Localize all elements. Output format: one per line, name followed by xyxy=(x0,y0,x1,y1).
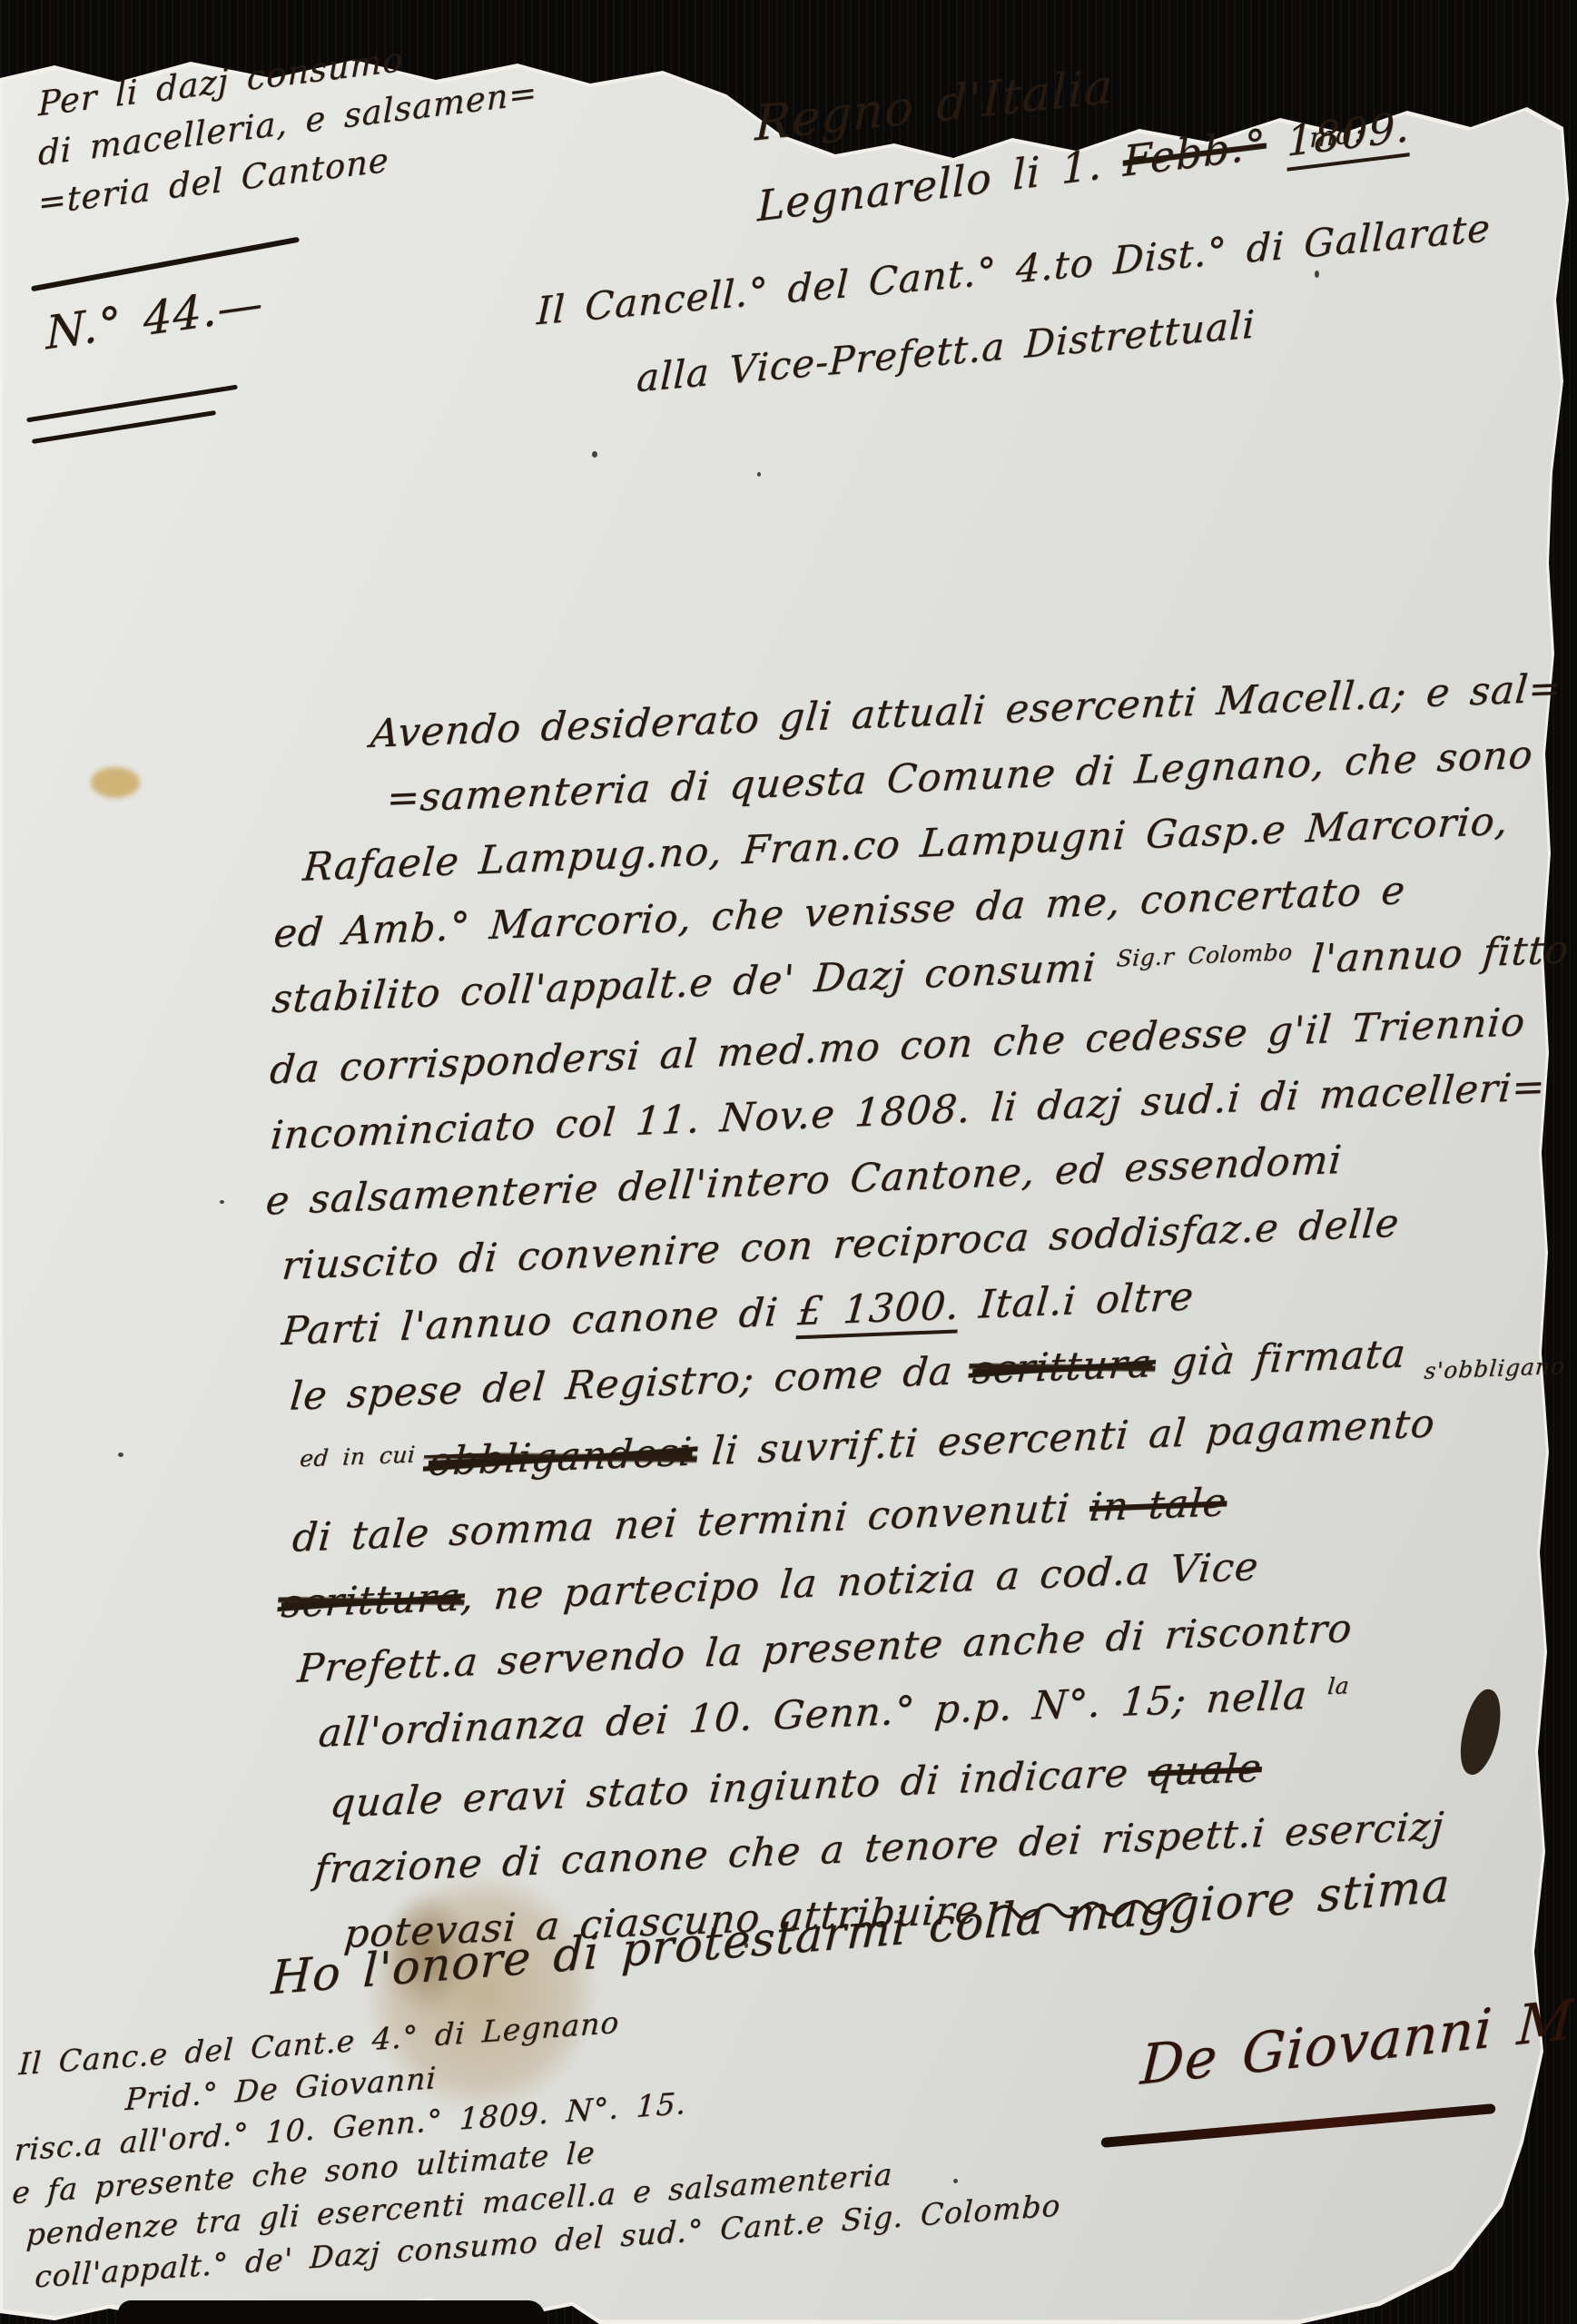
photo-backdrop: Per li dazj consumo di macelleria, e sal… xyxy=(0,0,1577,2324)
small-stain xyxy=(91,767,140,798)
paper-speck xyxy=(118,1452,123,1457)
interline-insert: ed in cui xyxy=(299,1440,430,1472)
paper-speck xyxy=(592,451,597,458)
struck-word: scrittura xyxy=(971,1341,1154,1393)
struck-word: quale xyxy=(1147,1746,1264,1796)
body-text: Parti l'annuo canone di xyxy=(280,1289,800,1354)
bottom-dark-strip xyxy=(118,2300,545,2324)
interline-insert: Sig.r Colombo xyxy=(1116,938,1294,971)
paper-speck xyxy=(220,1200,224,1204)
interline-insert: la xyxy=(1326,1672,1350,1699)
letter-body: Avendo desiderato gli attuali esercenti … xyxy=(247,655,1577,1969)
amount-lire: £ 1300. xyxy=(795,1283,961,1339)
struck-word: scrittura xyxy=(280,1575,463,1628)
body-text: Ital.i oltre xyxy=(958,1274,1196,1328)
paper-speck xyxy=(757,472,761,477)
struck-word: in tale xyxy=(1088,1480,1228,1531)
interline-insert: s'obbligano xyxy=(1423,1352,1566,1384)
body-text: l'annuo fitto xyxy=(1290,927,1572,983)
kingdom-title: Regno d'Italia xyxy=(754,59,1114,153)
struck-word: obbligandosi xyxy=(427,1430,695,1485)
body-text: già firmata xyxy=(1150,1331,1408,1386)
paper-speck xyxy=(1315,271,1319,278)
